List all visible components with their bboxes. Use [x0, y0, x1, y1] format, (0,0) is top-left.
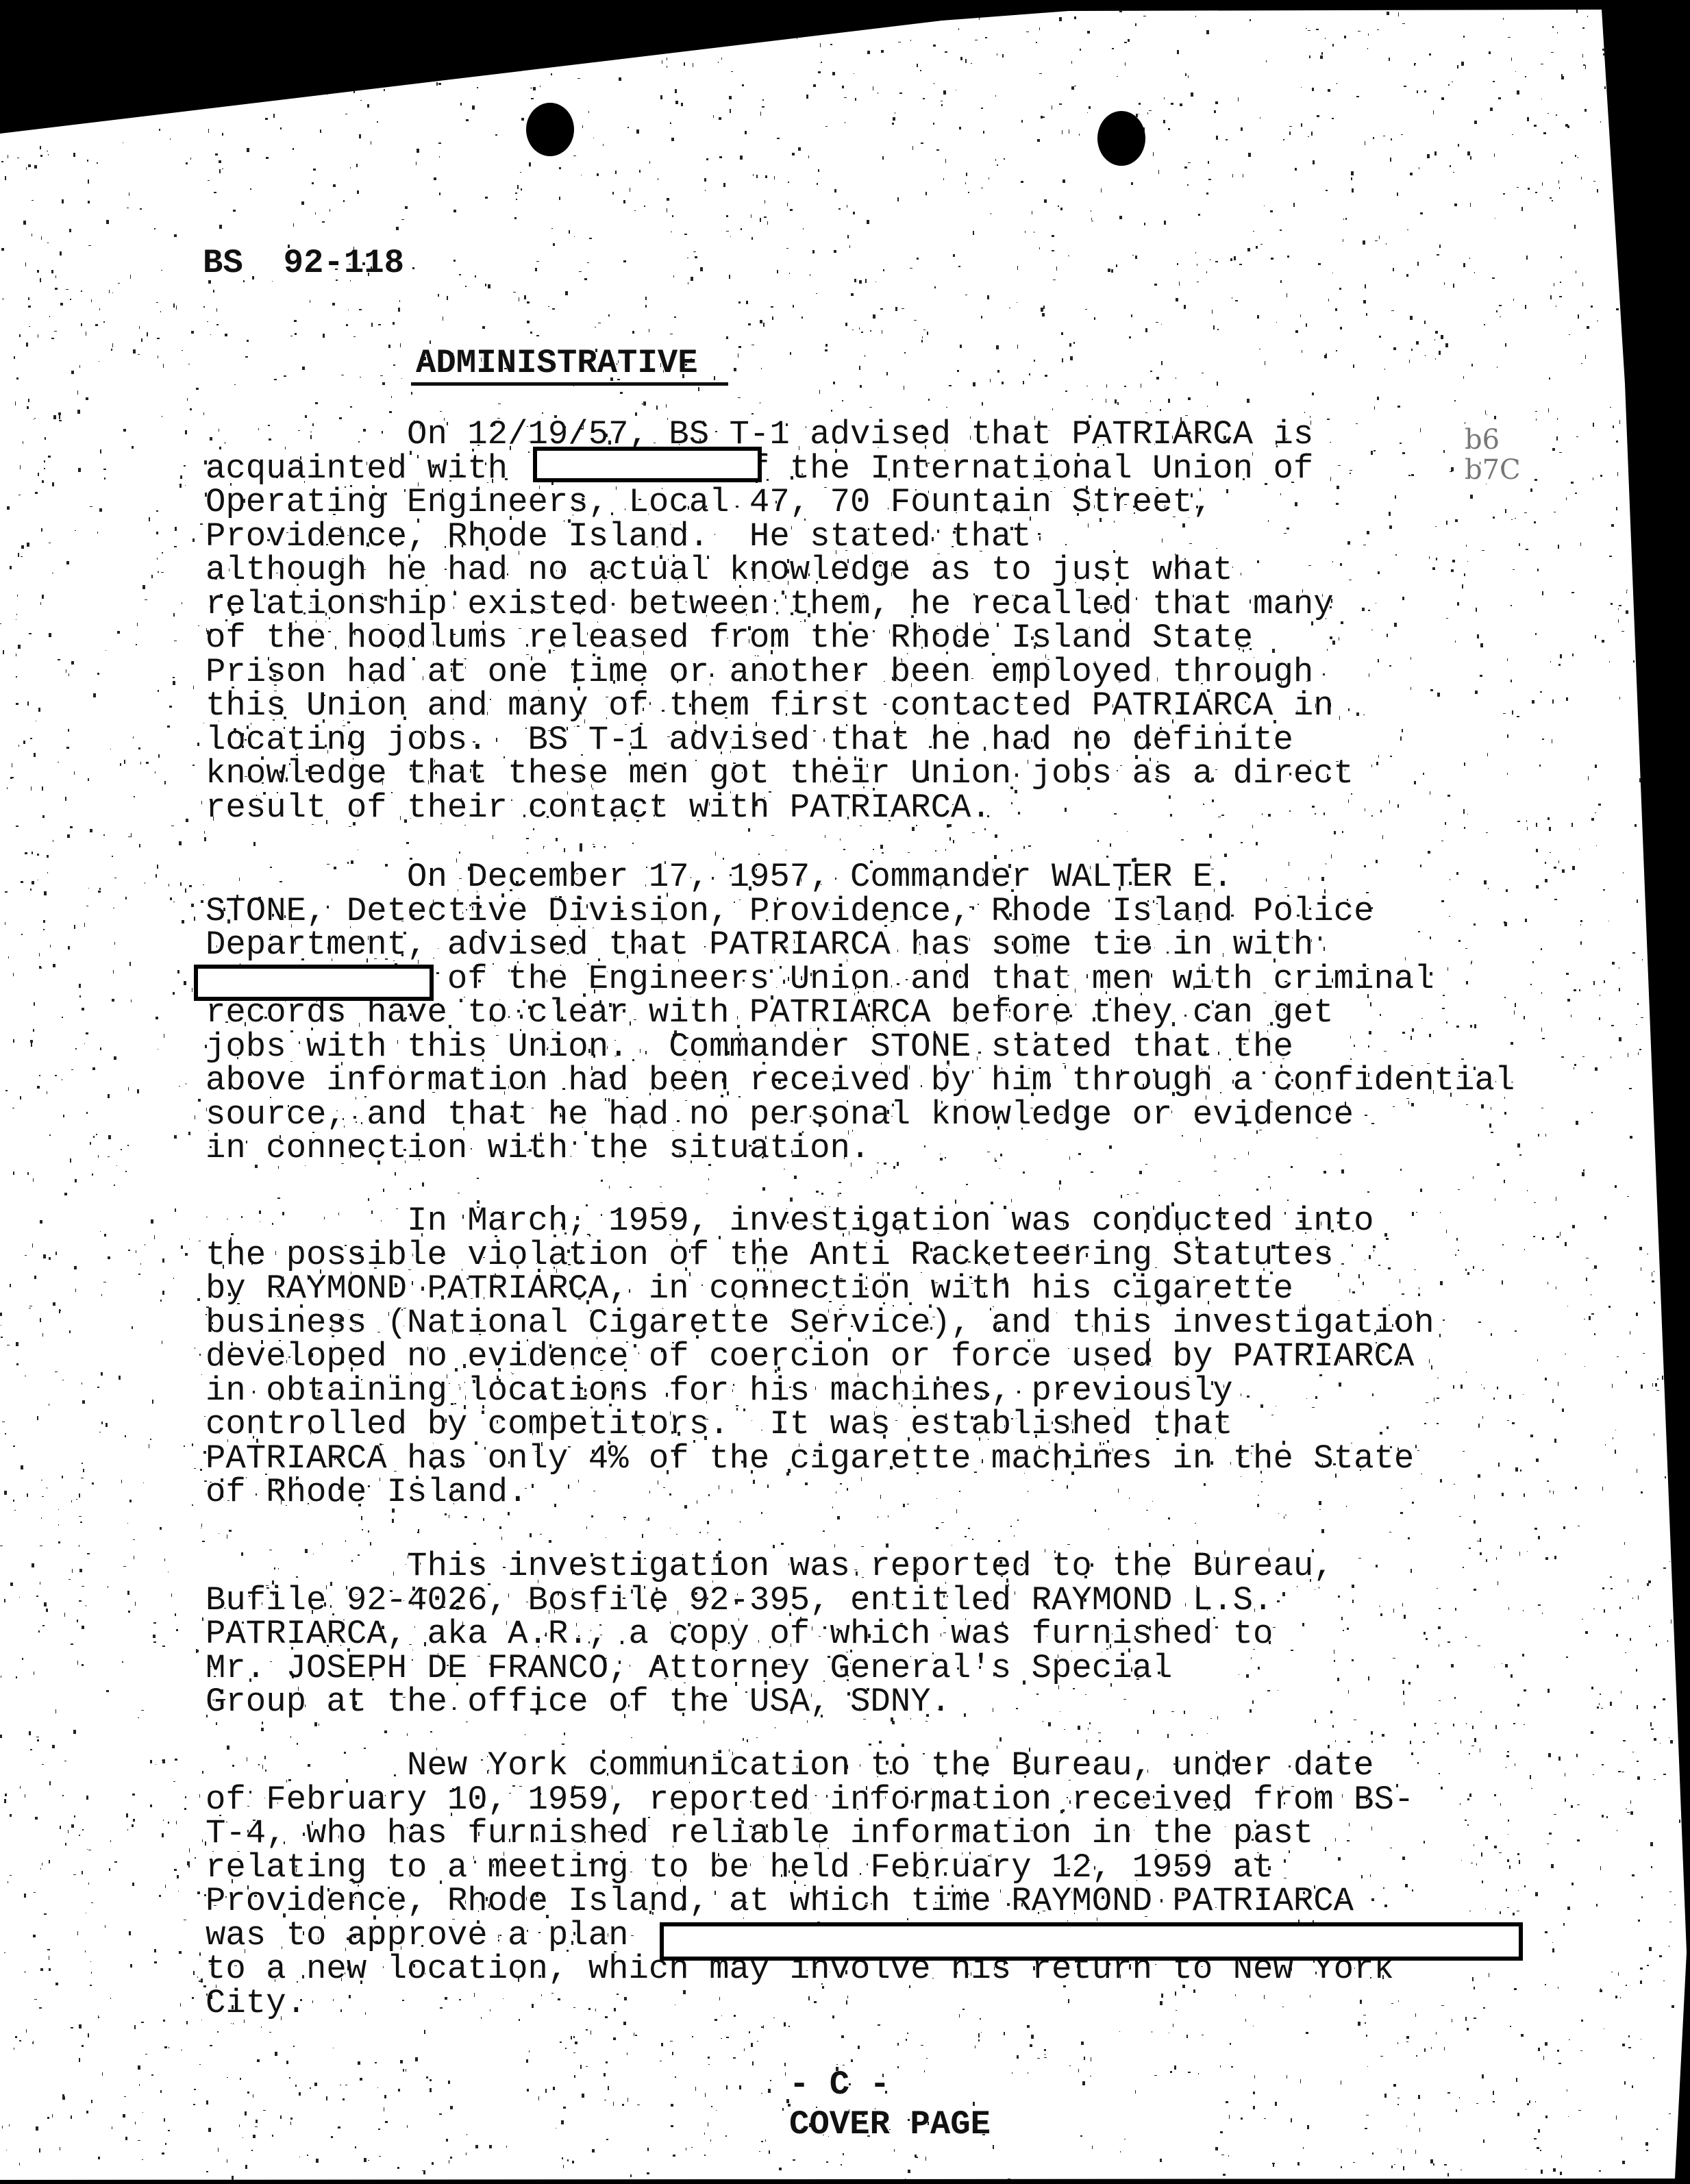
redaction-box-1 — [533, 447, 762, 482]
punch-hole-right — [1097, 111, 1145, 166]
paragraph-line: PATRIARCA, aka A.R., a copy of which was… — [206, 1617, 1334, 1652]
paragraph-line: New York communication to the Bureau, un… — [206, 1749, 1414, 1783]
page-label: COVER PAGE — [789, 2108, 991, 2142]
paragraph-line: locating jobs. BS T-1 advised that he ha… — [206, 723, 1354, 758]
paragraph-line: source, and that he had no personal know… — [206, 1098, 1515, 1132]
paragraph-line: of February 10, 1959, reported informati… — [206, 1783, 1414, 1817]
paragraph-line: acquainted with of the International Uni… — [206, 452, 1354, 486]
paragraph-line: City. — [206, 1987, 1414, 2021]
document-page: BS 92-118 ADMINISTRATIVE b6 b7C On 12/19… — [0, 0, 1690, 2184]
paragraph-line: this Union and many of them first contac… — [206, 689, 1354, 723]
section-title-underline — [411, 382, 728, 386]
page-letter: - C - — [789, 2068, 890, 2102]
paragraph-line: Department, advised that PATRIARCA has s… — [206, 928, 1515, 963]
paragraph-line: records have to clear with PATRIARCA bef… — [206, 996, 1515, 1030]
paragraph-line: relating to a meeting to be held Februar… — [206, 1851, 1414, 1885]
paragraph-line: On 12/19/57, BS T-1 advised that PATRIAR… — [206, 418, 1354, 452]
paragraph-2: On December 17, 1957, Commander WALTER E… — [206, 860, 1515, 1166]
paragraph-line: in connection with the situation. — [206, 1132, 1515, 1166]
redaction-box-2 — [194, 965, 434, 1001]
paragraph-line: Providence, Rhode Island, at which time … — [206, 1885, 1414, 1919]
paragraph-line: knowledge that these men got their Union… — [206, 757, 1354, 791]
paragraph-line: Group at the office of the USA, SDNY. — [206, 1685, 1334, 1720]
paragraph-line: jobs with this Union. Commander STONE st… — [206, 1030, 1515, 1065]
paragraph-line: of Rhode Island. — [206, 1476, 1434, 1510]
punch-hole-left — [526, 103, 574, 156]
exemption-code-b6: b6 — [1465, 425, 1521, 455]
paragraph-line: result of their contact with PATRIARCA. — [206, 791, 1354, 826]
redaction-box-3 — [660, 1922, 1523, 1961]
exemption-code-b7c: b7C — [1465, 455, 1521, 485]
paragraph-5: New York communication to the Bureau, un… — [206, 1749, 1414, 2020]
paragraph-line: On December 17, 1957, Commander WALTER E… — [206, 860, 1515, 895]
paragraph-line: Providence, Rhode Island. He stated that — [206, 520, 1354, 554]
paragraph-line: PATRIARCA has only 4% of the cigarette m… — [206, 1442, 1434, 1476]
paragraph-4: This investigation was reported to the B… — [206, 1550, 1334, 1720]
paragraph-line: developed no evidence of coercion or for… — [206, 1340, 1434, 1374]
paragraph-3: In March, 1959, investigation was conduc… — [206, 1204, 1434, 1510]
paragraph-line: controlled by competitors. It was establ… — [206, 1408, 1434, 1442]
file-number: BS 92-118 — [203, 247, 404, 281]
paragraph-line: by RAYMOND PATRIARCA, in connection with… — [206, 1272, 1434, 1306]
paragraph-line: of the hoodlums released from the Rhode … — [206, 621, 1354, 656]
paragraph-line: above information had been received by h… — [206, 1064, 1515, 1098]
foia-exemption-stamp: b6 b7C — [1465, 425, 1521, 485]
paragraph-line: Prison had at one time or another been e… — [206, 656, 1354, 690]
paragraph-line: the possible violation of the Anti Racke… — [206, 1239, 1434, 1273]
paragraph-line: T-4, who has furnished reliable informat… — [206, 1817, 1414, 1851]
paragraph-1: On 12/19/57, BS T-1 advised that PATRIAR… — [206, 418, 1354, 825]
paragraph-line: although he had no actual knowledge as t… — [206, 554, 1354, 588]
paragraph-line: This investigation was reported to the B… — [206, 1550, 1334, 1584]
paragraph-line: STONE, Detective Division, Providence, R… — [206, 895, 1515, 929]
paragraph-line: in obtaining locations for his machines,… — [206, 1374, 1434, 1409]
paragraph-line: Bufile 92-4026, Bosfile 92-395, entitled… — [206, 1584, 1334, 1618]
paragraph-line: In March, 1959, investigation was conduc… — [206, 1204, 1434, 1239]
paragraph-line: Operating Engineers, Local 47, 70 Founta… — [206, 486, 1354, 520]
section-title: ADMINISTRATIVE — [416, 347, 698, 381]
paragraph-line: relationship existed between them, he re… — [206, 588, 1354, 622]
paragraph-line: Mr. JOSEPH DE FRANCO, Attorney General's… — [206, 1652, 1334, 1686]
paragraph-line: business (National Cigarette Service), a… — [206, 1306, 1434, 1341]
